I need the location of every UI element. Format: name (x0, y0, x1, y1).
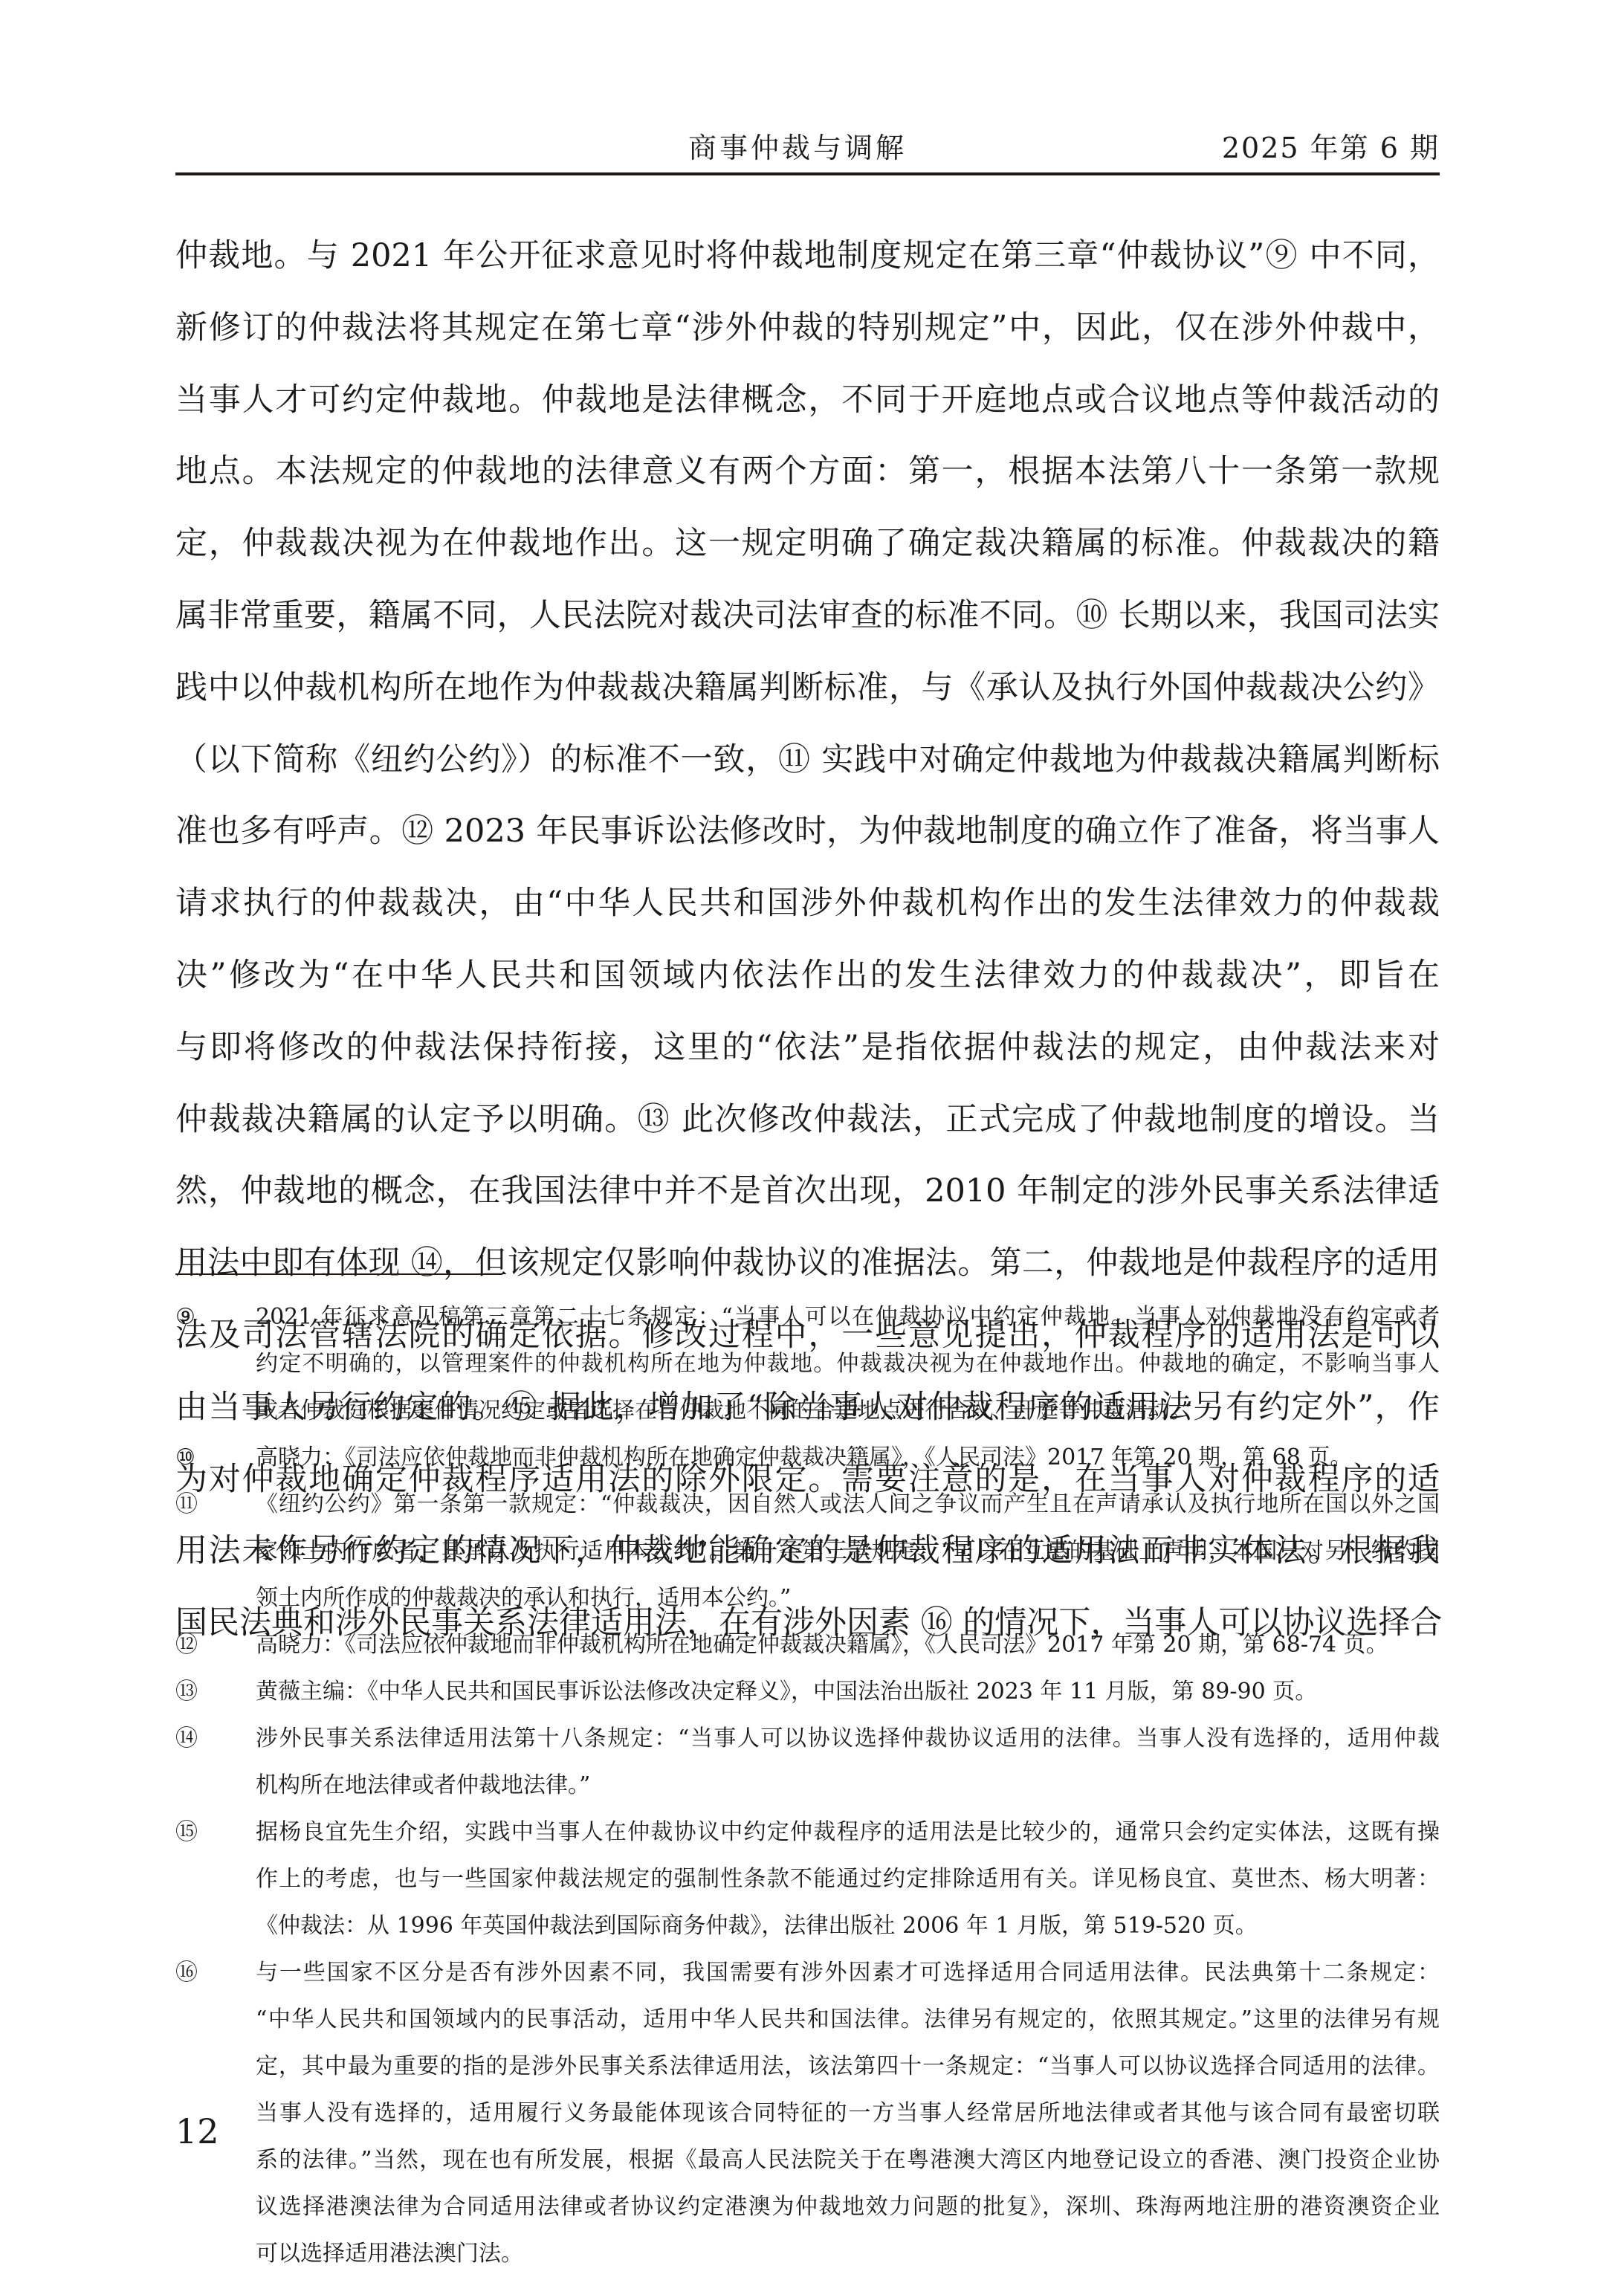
footnote-13: ⑬ 黄薇主编：《中华人民共和国民事诉讼法修改决定释义》，中国法治出版社 2023… (175, 1668, 1440, 1715)
footnote-marker: ⑬ (175, 1668, 198, 1715)
footnote-marker: ⑯ (175, 1949, 198, 1996)
footnotes: ⑨ 2021 年征求意见稿第三章第二十七条规定：“当事人可以在仲裁协议中约定仲裁… (175, 1294, 1440, 2277)
footnote-line: 系的法律。”当然，现在也有所发展，根据《最高人民法院关于在粤港澳大湾区内地登记设… (256, 2137, 1440, 2183)
body-line: 然，仲裁地的概念，在我国法律中并不是首次出现，2010 年制定的涉外民事关系法律… (175, 1155, 1440, 1227)
body-line: 与即将修改的仲裁法保持衔接，这里的“依法”是指依据仲裁法的规定，由仲裁法来对 (175, 1012, 1440, 1084)
footnote-10: ⑩ 高晓力：《司法应依仲裁地而非仲裁机构所在地确定仲裁裁决籍属》，《人民司法》2… (175, 1434, 1440, 1481)
footnote-line: “中华人民共和国领域内的民事活动，适用中华人民共和国法律。法律另有规定的，依照其… (256, 1996, 1440, 2043)
body-line: 新修订的仲裁法将其规定在第七章“涉外仲裁的特别规定”中，因此，仅在涉外仲裁中， (175, 292, 1440, 364)
footnote-15: ⑮ 据杨良宜先生介绍，实践中当事人在仲裁协议中约定仲裁程序的适用法是比较少的，通… (175, 1809, 1440, 1949)
body-line: 践中以仲裁机构所在地作为仲裁裁决籍属判断标准，与《承认及执行外国仲裁裁决公约》 (175, 652, 1440, 724)
footnote-line: 黄薇主编：《中华人民共和国民事诉讼法修改决定释义》，中国法治出版社 2023 年… (256, 1668, 1440, 1715)
footnote-14: ⑭ 涉外民事关系法律适用法第十八条规定：“当事人可以协议选择仲裁协议适用的法律。… (175, 1715, 1440, 1809)
body-line: 当事人才可约定仲裁地。仲裁地是法律概念，不同于开庭地点或合议地点等仲裁活动的 (175, 364, 1440, 436)
body-line: 仲裁地。与 2021 年公开征求意见时将仲裁地制度规定在第三章“仲裁协议”⑨ 中… (175, 220, 1440, 292)
footnote-line: 涉外民事关系法律适用法第十八条规定：“当事人可以协议选择仲裁协议适用的法律。当事… (256, 1715, 1440, 1762)
footnote-marker: ⑭ (175, 1715, 198, 1762)
footnote-line: 家领土内作成者，其承认及执行适用本公约”。第一条第三款规定：“可以在互惠的基础上… (256, 1528, 1440, 1575)
footnote-11: ⑪ 《纽约公约》第一条第一款规定：“仲裁裁决，因自然人或法人间之争议而产生且在声… (175, 1481, 1440, 1621)
journal-title: 商事仲裁与调解 (688, 125, 907, 166)
body-line: 仲裁裁决籍属的认定予以明确。⑬ 此次修改仲裁法，正式完成了仲裁地制度的增设。当 (175, 1084, 1440, 1156)
footnote-line: 2021 年征求意见稿第三章第二十七条规定：“当事人可以在仲裁协议中约定仲裁地。… (256, 1294, 1440, 1340)
footnote-marker: ⑮ (175, 1809, 198, 1856)
footnote-16: ⑯ 与一些国家不区分是否有涉外因素不同，我国需要有涉外因素才可选择适用合同适用法… (175, 1949, 1440, 2277)
body-line: 地点。本法规定的仲裁地的法律意义有两个方面：第一，根据本法第八十一条第一款规 (175, 436, 1440, 508)
footnote-separator (175, 1273, 502, 1275)
footnote-line: 据杨良宜先生介绍，实践中当事人在仲裁协议中约定仲裁程序的适用法是比较少的，通常只… (256, 1809, 1440, 1856)
footnote-line: 定，其中最为重要的指的是涉外民事关系法律适用法，该法第四十一条规定：“当事人可以… (256, 2043, 1440, 2090)
body-line: 定，仲裁裁决视为在仲裁地作出。这一规定明确了确定裁决籍属的标准。仲裁裁决的籍 (175, 508, 1440, 580)
footnote-line: 议选择港澳法律为合同适用法律或者协议约定港澳为仲裁地效力问题的批复》，深圳、珠海… (256, 2183, 1440, 2230)
footnote-marker: ⑨ (175, 1294, 195, 1340)
footnote-marker: ⑫ (175, 1621, 198, 1668)
body-line: 请求执行的仲裁裁决，由“中华人民共和国涉外仲裁机构作出的发生法律效力的仲裁裁 (175, 868, 1440, 940)
footnote-line: 作上的考虑，也与一些国家仲裁法规定的强制性条款不能通过约定排除适用有关。详见杨良… (256, 1856, 1440, 1902)
issue-label: 2025 年第 6 期 (1222, 125, 1440, 166)
footnote-9: ⑨ 2021 年征求意见稿第三章第二十七条规定：“当事人可以在仲裁协议中约定仲裁… (175, 1294, 1440, 1434)
body-line: 属非常重要，籍属不同，人民法院对裁决司法审查的标准不同。⑩ 长期以来，我国司法实 (175, 580, 1440, 652)
body-line: 决”修改为“在中华人民共和国领域内依法作出的发生法律效力的仲裁裁决”，即旨在 (175, 940, 1440, 1012)
footnote-line: 领土内所作成的仲裁裁决的承认和执行，适用本公约。” (256, 1575, 1440, 1621)
footnote-marker: ⑩ (175, 1434, 195, 1481)
footnote-line: 约定不明确的，以管理案件的仲裁机构所在地为仲裁地。仲裁裁决视为在仲裁地作出。仲裁… (256, 1340, 1440, 1387)
footnote-line: 或者仲裁庭根据案件情况约定或者选择在与仲裁地不同的合适地点进行合议、开庭等仲裁活… (256, 1387, 1440, 1434)
footnote-12: ⑫ 高晓力：《司法应依仲裁地而非仲裁机构所在地确定仲裁裁决籍属》，《人民司法》2… (175, 1621, 1440, 1668)
footnote-line: 高晓力：《司法应依仲裁地而非仲裁机构所在地确定仲裁裁决籍属》，《人民司法》201… (256, 1621, 1440, 1668)
body-line: 用法中即有体现 ⑭，但该规定仅影响仲裁协议的准据法。第二，仲裁地是仲裁程序的适用 (175, 1227, 1440, 1299)
running-header: 商事仲裁与调解 2025 年第 6 期 (175, 119, 1440, 164)
footnote-line: 可以选择适用港法澳门法。 (256, 2230, 1440, 2277)
footnote-marker: ⑪ (175, 1481, 198, 1528)
footnote-line: 《仲裁法：从 1996 年英国仲裁法到国际商务仲裁》，法律出版社 2006 年 … (256, 1902, 1440, 1949)
footnote-line: 高晓力：《司法应依仲裁地而非仲裁机构所在地确定仲裁裁决籍属》，《人民司法》201… (256, 1434, 1440, 1481)
body-line: （以下简称《纽约公约》）的标准不一致，⑪ 实践中对确定仲裁地为仲裁裁决籍属判断标 (175, 724, 1440, 796)
footnote-line: 当事人没有选择的，适用履行义务最能体现该合同特征的一方当事人经常居所地法律或者其… (256, 2090, 1440, 2137)
footnote-line: 与一些国家不区分是否有涉外因素不同，我国需要有涉外因素才可选择适用合同适用法律。… (256, 1949, 1440, 1996)
page-number: 12 (175, 2111, 219, 2151)
header-rule (175, 172, 1440, 175)
footnote-line: 《纽约公约》第一条第一款规定：“仲裁裁决，因自然人或法人间之争议而产生且在声请承… (256, 1481, 1440, 1528)
footnote-line: 机构所在地法律或者仲裁地法律。” (256, 1762, 1440, 1809)
body-line: 准也多有呼声。⑫ 2023 年民事诉讼法修改时，为仲裁地制度的确立作了准备，将当… (175, 795, 1440, 868)
